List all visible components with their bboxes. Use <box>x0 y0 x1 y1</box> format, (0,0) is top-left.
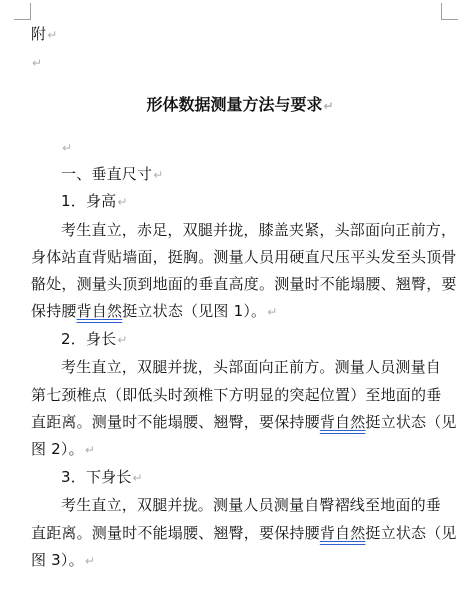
paragraph-mark-icon: ↵ <box>62 141 72 155</box>
paragraph-line: 图 3）。↵ <box>31 546 95 576</box>
paragraph-mark-icon: ↵ <box>47 28 57 42</box>
item-heading-body-length: 2．身长↵ <box>61 325 128 355</box>
paragraph-mark-icon: ↵ <box>85 554 95 568</box>
spellcheck-underline[interactable]: 背自然 <box>320 524 366 542</box>
paragraph-line: 考生直立，双腿并拢。测量人员测量自臀褶线至地面的垂 <box>61 491 441 520</box>
paragraph-line: 直距离。测量时不能塌腰、翘臀，要保持腰背自然挺立状态（见 <box>31 519 457 548</box>
document-title: 形体数据测量方法与要求↵ <box>31 90 449 121</box>
paragraph-mark-icon: ↵ <box>117 333 127 347</box>
paragraph-mark-icon: ↵ <box>133 471 143 485</box>
paragraph-line: 图 2）。↵ <box>31 435 95 465</box>
paragraph-line: 考生直立，双腿并拢，头部面向正前方。测量人员测量自 <box>61 353 441 382</box>
attachment-label: 附↵ <box>31 20 57 50</box>
paragraph-line: 保持腰背自然挺立状态（见图 1）。↵ <box>31 297 278 327</box>
empty-paragraph: ↵ <box>61 133 72 163</box>
item-heading-lower-body-length: 3．下身长↵ <box>61 463 143 493</box>
paragraph-mark-icon: ↵ <box>32 56 42 70</box>
spellcheck-underline[interactable]: 背自然 <box>320 413 366 431</box>
page-corner-mark-top-right <box>441 3 458 20</box>
page-corner-mark-top-left <box>14 3 31 20</box>
paragraph-mark-icon: ↵ <box>117 195 127 209</box>
paragraph-line: 考生直立，赤足，双腿并拢，膝盖夹紧，头部面向正前方， <box>61 216 456 245</box>
paragraph-mark-icon: ↵ <box>85 443 95 457</box>
paragraph-line: 骼处，测量头顶到地面的垂直高度。测量时不能塌腰、翘臀，要 <box>31 270 457 299</box>
empty-paragraph: ↵ <box>31 48 42 78</box>
item-heading-height: 1．身高↵ <box>61 187 128 217</box>
section-heading: 一、垂直尺寸↵ <box>61 160 163 190</box>
paragraph-mark-icon: ↵ <box>323 99 333 113</box>
paragraph-line: 第七颈椎点（即低头时颈椎下方明显的突起位置）至地面的垂 <box>31 381 441 410</box>
paragraph-mark-icon: ↵ <box>153 168 163 182</box>
paragraph-line: 身体站直背贴墙面，挺胸。测量人员用硬直尺压平头发至头顶骨 <box>31 243 457 272</box>
paragraph-mark-icon: ↵ <box>267 305 277 319</box>
paragraph-line: 直距离。测量时不能塌腰、翘臀，要保持腰背自然挺立状态（见 <box>31 408 457 437</box>
spellcheck-underline[interactable]: 背自然 <box>77 302 123 320</box>
